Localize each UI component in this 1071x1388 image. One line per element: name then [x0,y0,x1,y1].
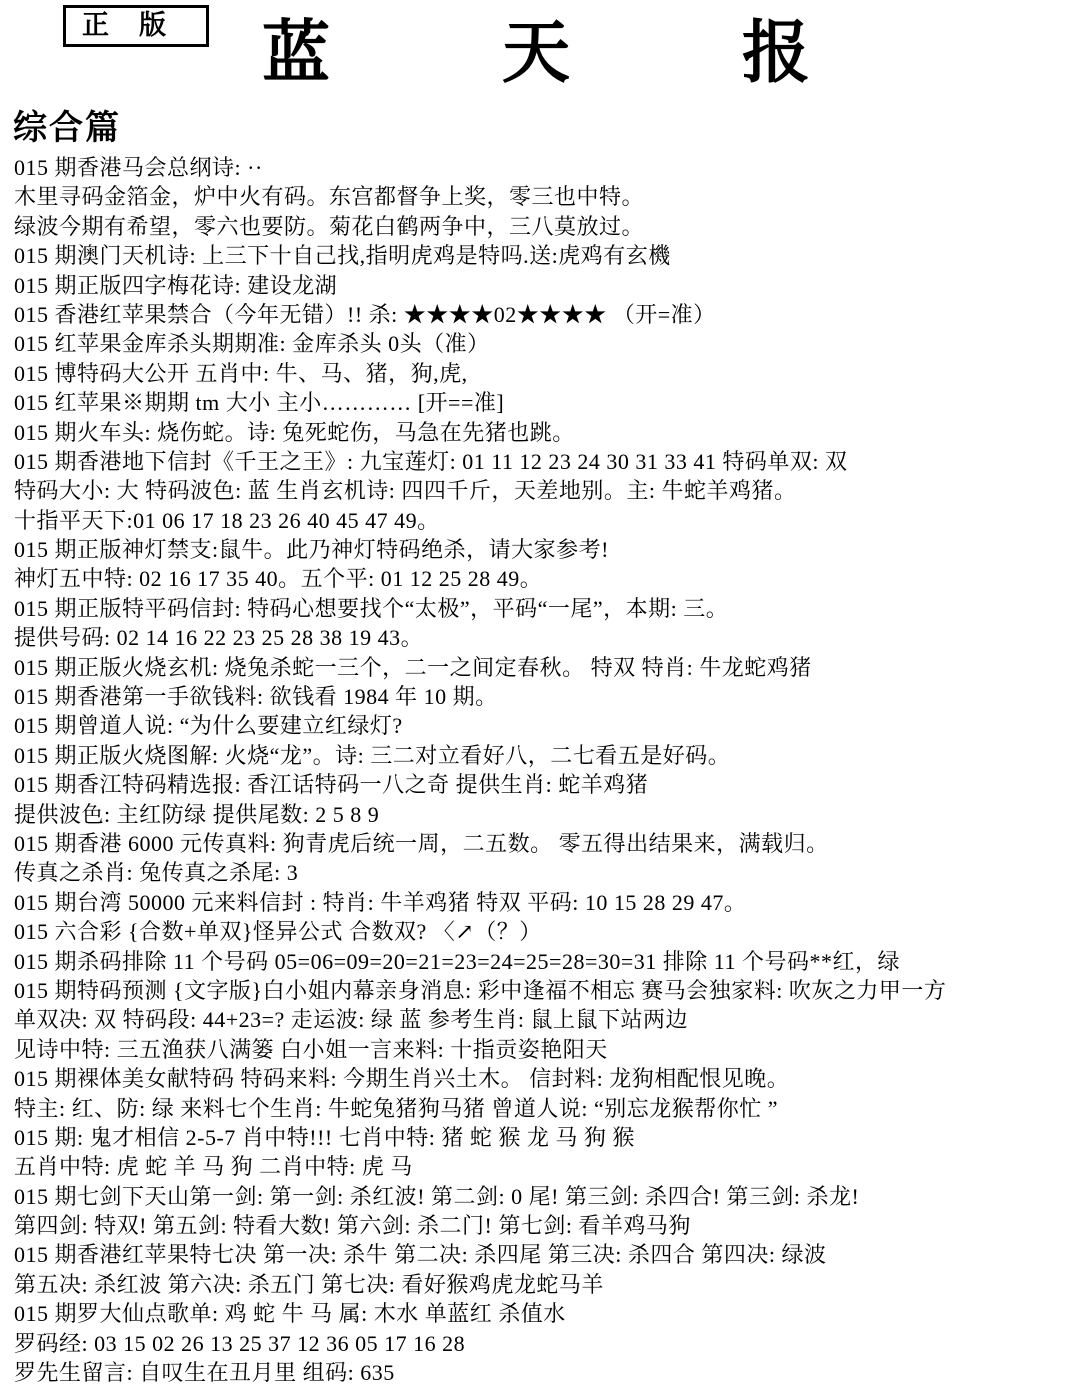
text-line: 015 期香港红苹果特七决 第一决: 杀牛 第二决: 杀四尾 第三决: 杀四合 … [14,1240,1064,1269]
text-line: 015 期香港地下信封《千王之王》: 九宝莲灯: 01 11 12 23 24 … [14,447,1064,476]
text-line: 015 期裸体美女献特码 特码来料: 今期生肖兴土木。 信封料: 龙狗相配恨见晚… [14,1064,1064,1093]
authentic-edition-badge: 正版 [63,5,209,47]
section-heading: 综合篇 [13,100,121,149]
text-line: 015 期杀码排除 11 个号码 05=06=09=20=21=23=24=25… [14,947,1064,976]
text-line: 015 期火车头: 烧伤蛇。诗: 兔死蛇伤，马急在先猪也跳。 [14,418,1064,447]
text-line: 015 期正版特平码信封: 特码心想要找个“太极”，平码“一尾”，本期: 三。 [14,594,1064,623]
text-line: 015 期香港 6000 元传真料: 狗青虎后统一周，二五数。 零五得出结果来，… [14,829,1064,858]
text-line: 罗先生留言: 自叹生在丑月里 组码: 635 [14,1358,1064,1387]
page-title: 蓝天报 [262,16,982,91]
text-line: 015 期正版火烧玄机: 烧兔杀蛇一三个，二一之间定春秋。 特双 特肖: 牛龙蛇… [14,653,1064,682]
text-line: 木里寻码金箔金，炉中火有码。东宫都督争上奖，零三也中特。 [14,182,1064,211]
text-line: 015 期香港马会总纲诗: ·· [14,153,1064,182]
text-line: 015 香港红苹果禁合（今年无错）!! 杀: ★★★★02★★★★ （开=准） [14,300,1064,329]
text-line: 第四剑: 特双! 第五剑: 特看大数! 第六剑: 杀二门! 第七剑: 看羊鸡马狗 [14,1211,1064,1240]
text-line: 015 期七剑下天山第一剑: 第一剑: 杀红波! 第二剑: 0 尾! 第三剑: … [14,1182,1064,1211]
text-line: 015 期特码预测 {文字版}白小姐内幕亲身消息: 彩中逢福不相忘 赛马会独家料… [14,976,1064,1005]
text-line: 见诗中特: 三五渔获八满篓 白小姐一言来料: 十指贡姿艳阳天 [14,1035,1064,1064]
text-line: 015 期曾道人说: “为什么要建立红绿灯? [14,711,1064,740]
text-line: 罗码经: 03 15 02 26 13 25 37 12 36 05 17 16… [14,1329,1064,1358]
text-line: 015 期: 鬼才相信 2-5-7 肖中特!!! 七肖中特: 猪 蛇 猴 龙 马… [14,1123,1064,1152]
text-line: 015 期正版四字梅花诗: 建设龙湖 [14,271,1064,300]
text-line: 五肖中特: 虎 蛇 羊 马 狗 二肖中特: 虎 马 [14,1152,1064,1181]
text-line: 015 红苹果※期期 tm 大小 主小………… [开==准] [14,388,1064,417]
text-line: 第五决: 杀红波 第六决: 杀五门 第七决: 看好猴鸡虎龙蛇马羊 [14,1270,1064,1299]
text-line: 015 期香江特码精选报: 香江话特码一八之奇 提供生肖: 蛇羊鸡猪 [14,770,1064,799]
text-line: 特主: 红、防: 绿 来料七个生肖: 牛蛇兔猪狗马猪 曾道人说: “别忘龙猴帮你… [14,1094,1064,1123]
text-line: 015 期正版火烧图解: 火烧“龙”。诗: 三二对立看好八，二七看五是好码。 [14,741,1064,770]
text-line: 015 期罗大仙点歌单: 鸡 蛇 牛 马 属: 木水 单蓝红 杀值水 [14,1299,1064,1328]
text-line: 015 期香港第一手欲钱料: 欲钱看 1984 年 10 期。 [14,682,1064,711]
text-line: 单双决: 双 特码段: 44+23=? 走运波: 绿 蓝 参考生肖: 鼠上鼠下站… [14,1005,1064,1034]
text-line: 015 期正版神灯禁支:鼠牛。此乃神灯特码绝杀，请大家参考! [14,535,1064,564]
text-line: 神灯五中特: 02 16 17 35 40。五个平: 01 12 25 28 4… [14,564,1064,593]
text-line: 015 期澳门天机诗: 上三下十自己找,指明虎鸡是特吗.送:虎鸡有玄機 [14,241,1064,270]
text-line: 015 红苹果金库杀头期期准: 金库杀头 0头（准） [14,329,1064,358]
text-line: 传真之杀肖: 兔传真之杀尾: 3 [14,858,1064,887]
text-line: 015 期台湾 50000 元来料信封 : 特肖: 牛羊鸡猪 特双 平码: 10… [14,888,1064,917]
text-line: 提供波色: 主红防绿 提供尾数: 2 5 8 9 [14,800,1064,829]
text-line: 015 博特码大公开 五肖中: 牛、马、猪，狗,虎, [14,359,1064,388]
text-line: 015 六合彩 {合数+单双}怪异公式 合数双? 〈↗（？） [14,917,1064,946]
newspaper-page: 正版 蓝天报 综合篇 015 期香港马会总纲诗: ··木里寻码金箔金，炉中火有码… [0,0,1071,1388]
text-line: 提供号码: 02 14 16 22 23 25 28 38 19 43。 [14,623,1064,652]
text-line: 绿波今期有希望，零六也要防。菊花白鹤两争中，三八莫放过。 [14,212,1064,241]
text-line: 十指平天下:01 06 17 18 23 26 40 45 47 49。 [14,506,1064,535]
text-line: 特码大小: 大 特码波色: 蓝 生肖玄机诗: 四四千斤，天差地别。主: 牛蛇羊鸡… [14,476,1064,505]
content-lines: 015 期香港马会总纲诗: ··木里寻码金箔金，炉中火有码。东宫都督争上奖，零三… [14,153,1064,1387]
